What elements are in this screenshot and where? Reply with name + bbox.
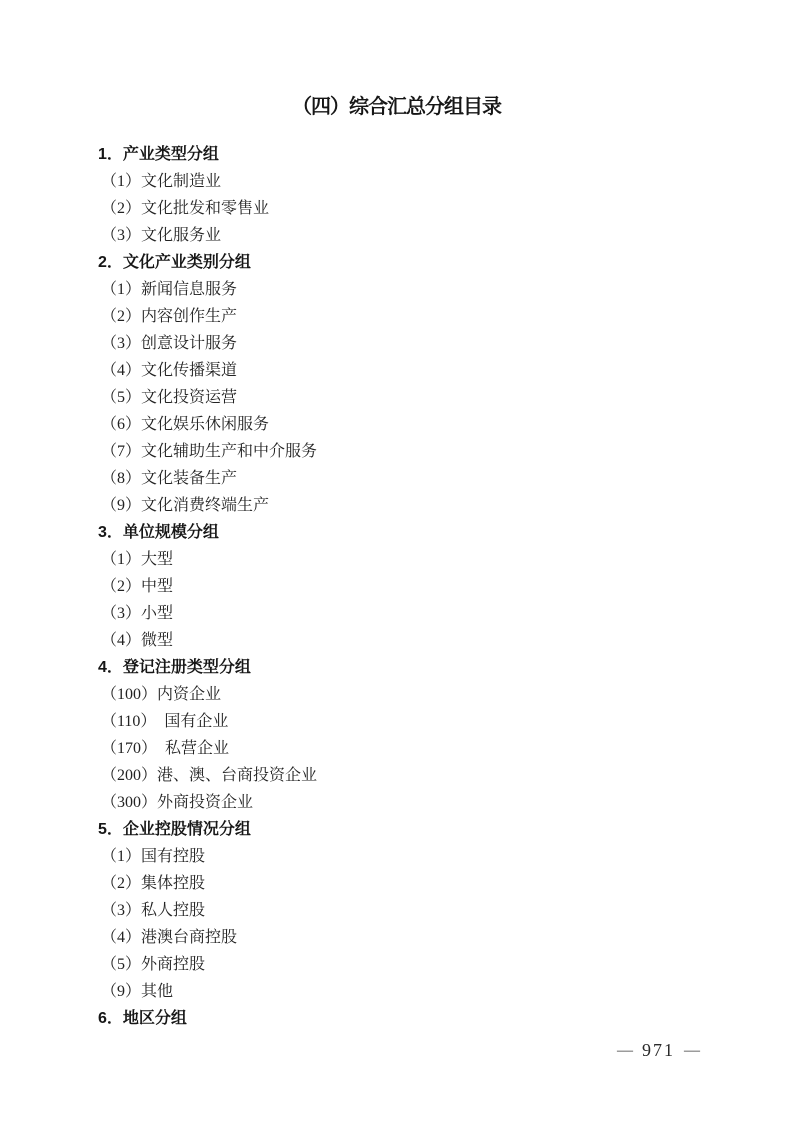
section-industry-type: 1．产业类型分组 （1）文化制造业 （2）文化批发和零售业 （3）文化服务业 [98,141,733,249]
page-number: 971 [642,1040,675,1061]
toc-item: （3）文化服务业 [98,222,733,249]
toc-item: （1）文化制造业 [98,168,733,195]
toc-item: （2）中型 [98,573,733,600]
section-registration-type: 4．登记注册类型分组 （100）内资企业 （110） 国有企业 （170） 私营… [98,654,733,816]
toc-item: （9）文化消费终端生产 [98,492,733,519]
section-unit-scale: 3．单位规模分组 （1）大型 （2）中型 （3）小型 （4）微型 [98,519,733,654]
toc-item: （300）外商投资企业 [98,789,733,816]
toc-item: （3）私人控股 [98,897,733,924]
toc-item: （9）其他 [98,978,733,1005]
toc-item: （7）文化辅助生产和中介服务 [98,438,733,465]
toc-item: （4）文化传播渠道 [98,357,733,384]
section-culture-industry-category: 2．文化产业类别分组 （1）新闻信息服务 （2）内容创作生产 （3）创意设计服务… [98,249,733,519]
section-heading: 2．文化产业类别分组 [98,249,733,276]
section-region: 6．地区分组 [98,1005,733,1032]
footer-dash-left: — [617,1042,633,1060]
toc-item: （200）港、澳、台商投资企业 [98,762,733,789]
toc-item: （3）小型 [98,600,733,627]
toc-item: （4）港澳台商控股 [98,924,733,951]
toc-item: （5）文化投资运营 [98,384,733,411]
toc-item: （2）内容创作生产 [98,303,733,330]
toc-item: （1）国有控股 [98,843,733,870]
toc-content: 1．产业类型分组 （1）文化制造业 （2）文化批发和零售业 （3）文化服务业 2… [98,141,733,1032]
toc-item: （4）微型 [98,627,733,654]
toc-item: （170） 私营企业 [98,735,733,762]
section-heading: 1．产业类型分组 [98,141,733,168]
toc-item: （2）文化批发和零售业 [98,195,733,222]
section-heading: 5．企业控股情况分组 [98,816,733,843]
toc-item: （3）创意设计服务 [98,330,733,357]
toc-item: （8）文化装备生产 [98,465,733,492]
toc-item: （100）内资企业 [98,681,733,708]
section-enterprise-holding: 5．企业控股情况分组 （1）国有控股 （2）集体控股 （3）私人控股 （4）港澳… [98,816,733,1005]
section-heading: 6．地区分组 [98,1005,733,1032]
toc-item: （1）大型 [98,546,733,573]
section-heading: 3．单位规模分组 [98,519,733,546]
page-title: （四）综合汇总分组目录 [0,90,793,119]
page-footer: — 971 — [617,1040,700,1061]
toc-item: （5）外商控股 [98,951,733,978]
toc-item: （2）集体控股 [98,870,733,897]
document-page: （四）综合汇总分组目录 1．产业类型分组 （1）文化制造业 （2）文化批发和零售… [0,0,793,1122]
toc-item: （6）文化娱乐休闲服务 [98,411,733,438]
footer-dash-right: — [684,1042,700,1060]
toc-item: （1）新闻信息服务 [98,276,733,303]
toc-item: （110） 国有企业 [98,708,733,735]
section-heading: 4．登记注册类型分组 [98,654,733,681]
